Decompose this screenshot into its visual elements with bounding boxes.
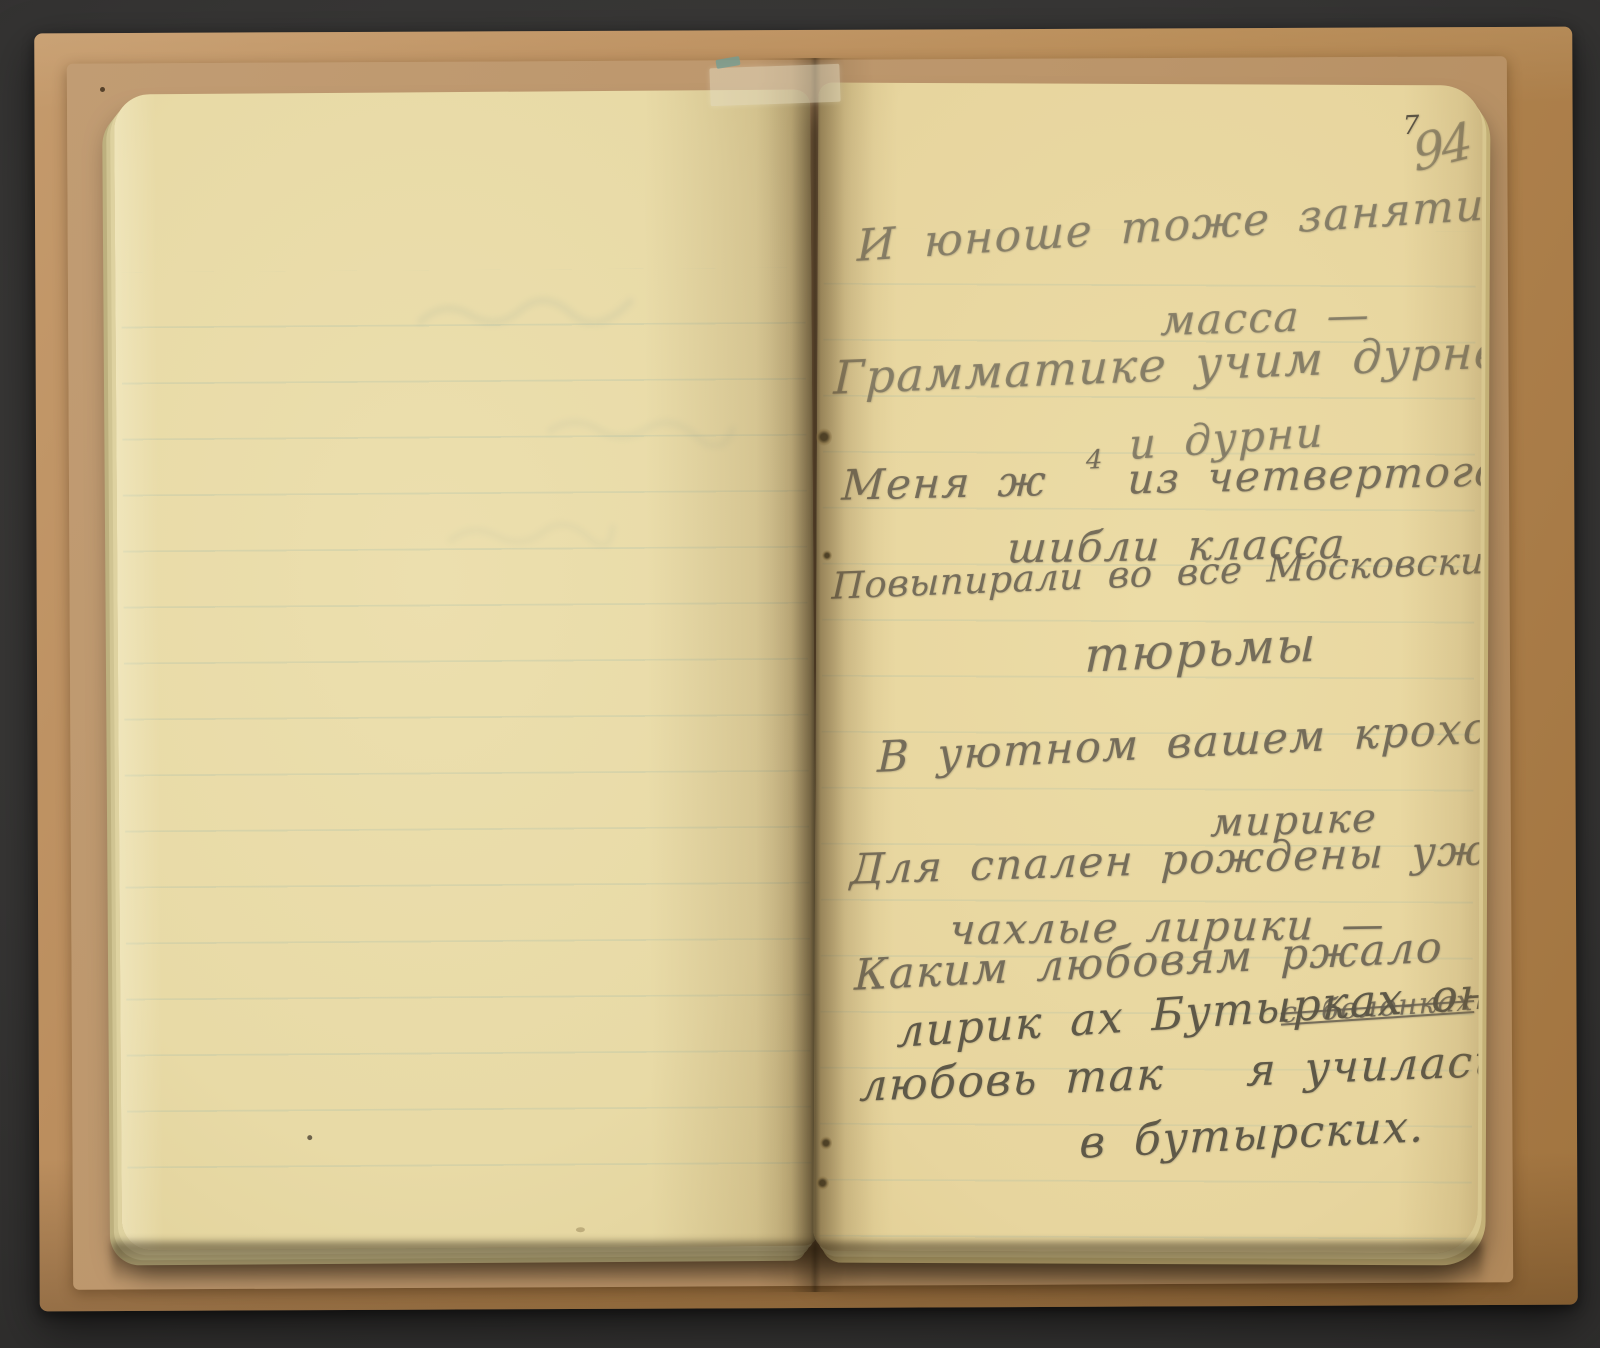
handwriting-line-4: и дурни bbox=[1129, 407, 1324, 469]
stitch-hole bbox=[816, 1176, 829, 1190]
handwriting-line-3: Грамматике учим дурней bbox=[833, 323, 1483, 405]
stitch-hole bbox=[820, 1136, 832, 1150]
left-page bbox=[114, 90, 818, 1251]
handwriting-line-14: лирик ах Бутырках он bbox=[896, 968, 1482, 1058]
corner-scribble: 94 bbox=[1410, 111, 1472, 183]
handwriting-line-13: Каким любовям ржало bbox=[854, 922, 1444, 1000]
photo-background: 7 94 И юноше тоже занятий масса — Грамма… bbox=[0, 0, 1600, 1348]
handwriting-line-7: Повыпирали во все Московские — bbox=[831, 536, 1482, 608]
show-through-smudge bbox=[546, 408, 737, 453]
handwriting-line-16: в бутырских. bbox=[1079, 1101, 1425, 1169]
handwriting-line-11: Для спален рождены уж bbox=[849, 825, 1482, 894]
handwriting-line-6: шибли класса bbox=[1006, 519, 1347, 572]
handwriting-line-10: мирике bbox=[1210, 795, 1379, 846]
ruled-lines-right bbox=[820, 229, 1476, 1242]
cover-speck bbox=[100, 87, 105, 92]
handwriting-line-12: чахлые лирики — bbox=[948, 899, 1386, 954]
handwriting-line-9: В уютном вашем крохотном bbox=[877, 697, 1483, 783]
handwriting-line-15: любовь так я училась bbox=[859, 1036, 1483, 1112]
paper-scuff bbox=[576, 1227, 585, 1232]
handwriting-line-8: тюрьмы bbox=[1084, 617, 1317, 684]
right-page: 7 94 И юноше тоже занятий масса — Грамма… bbox=[813, 83, 1482, 1254]
handwriting-line-5: Меня ж из четвертого вы- bbox=[841, 444, 1483, 510]
show-through-smudge bbox=[414, 283, 646, 341]
paper-speck bbox=[307, 1135, 312, 1140]
struck-insertion: с болонках bbox=[1281, 983, 1475, 1030]
stitch-hole bbox=[816, 428, 832, 446]
show-through-smudge bbox=[446, 513, 617, 558]
handwriting-line-1: И юноше тоже занятий bbox=[857, 178, 1483, 272]
stitch-hole bbox=[822, 550, 832, 561]
ruled-lines-left bbox=[121, 268, 811, 1203]
tape-repair bbox=[709, 64, 840, 107]
inserted-correction: 4 bbox=[1086, 445, 1104, 476]
page-number: 7 bbox=[1402, 111, 1421, 142]
handwriting-line-2: масса — bbox=[1160, 290, 1372, 345]
